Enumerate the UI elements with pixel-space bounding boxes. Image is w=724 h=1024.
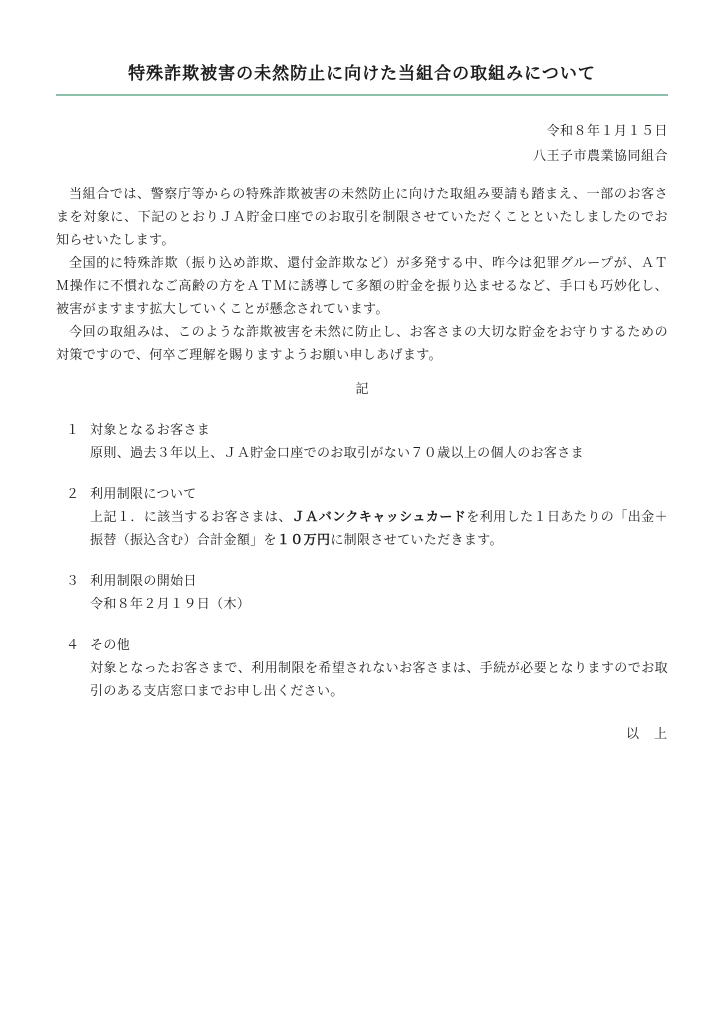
item-body-post: に制限させていただきます。: [330, 532, 503, 547]
intro-paragraph-1: 当組合では、警察庁等からの特殊詐欺被害の未然防止に向けた取組み要請も踏まえ、一部…: [56, 182, 668, 251]
item-heading: 利用制限の開始日: [90, 569, 668, 592]
date-block: 令和８年１月１５日 八王子市農業協同組合: [56, 118, 668, 168]
document-page: 特殊詐欺被害の未然防止に向けた当組合の取組みについて 令和８年１月１５日 八王子…: [0, 0, 724, 1024]
item-body-pre: 上記１．に該当するお客さまは、: [90, 509, 292, 524]
list-item-start-date: ３ 利用制限の開始日 令和８年２月１９日（木）: [56, 569, 668, 615]
intro-paragraph-3: 今回の取組みは、このような詐欺被害を未然に防止し、お客さまの大切な貯金をお守りす…: [56, 320, 668, 366]
record-marker: 記: [56, 377, 668, 400]
item-number: ３: [66, 569, 90, 615]
item-body-bold-amount: １０万円: [277, 532, 330, 547]
item-number: ４: [66, 633, 90, 702]
item-number: １: [66, 418, 90, 464]
item-number: ２: [66, 482, 90, 551]
issue-date: 令和８年１月１５日: [56, 118, 668, 143]
item-heading: その他: [90, 633, 668, 656]
item-body: 対象となったお客さまで、利用制限を希望されないお客さまは、手続が必要となりますの…: [90, 660, 668, 698]
item-content: 対象となるお客さま 原則、過去３年以上、ＪＡ貯金口座でのお取引がない７０歳以上の…: [90, 418, 668, 464]
intro-paragraph-2: 全国的に特殊詐欺（振り込め詐欺、還付金詐欺など）が多発する中、昨今は犯罪グループ…: [56, 251, 668, 320]
item-body: 令和８年２月１９日（木）: [90, 596, 250, 611]
item-content: 利用制限の開始日 令和８年２月１９日（木）: [90, 569, 668, 615]
list-item-target-customers: １ 対象となるお客さま 原則、過去３年以上、ＪＡ貯金口座でのお取引がない７０歳以…: [56, 418, 668, 464]
list-item-other: ４ その他 対象となったお客さまで、利用制限を希望されないお客さまは、手続が必要…: [56, 633, 668, 702]
item-body-bold-cashcard: ＪＡバンクキャッシュカード: [292, 509, 466, 524]
item-body: 上記１．に該当するお客さまは、ＪＡバンクキャッシュカードを利用した１日あたりの「…: [90, 509, 668, 547]
title-divider-rule: [56, 94, 668, 96]
numbered-list: １ 対象となるお客さま 原則、過去３年以上、ＪＡ貯金口座でのお取引がない７０歳以…: [56, 418, 668, 702]
document-content: 特殊詐欺被害の未然防止に向けた当組合の取組みについて 令和８年１月１５日 八王子…: [0, 0, 724, 745]
item-body: 原則、過去３年以上、ＪＡ貯金口座でのお取引がない７０歳以上の個人のお客さま: [90, 445, 584, 460]
intro-paragraphs: 当組合では、警察庁等からの特殊詐欺被害の未然防止に向けた取組み要請も踏まえ、一部…: [56, 182, 668, 366]
item-content: その他 対象となったお客さまで、利用制限を希望されないお客さまは、手続が必要とな…: [90, 633, 668, 702]
document-title: 特殊詐欺被害の未然防止に向けた当組合の取組みについて: [56, 62, 668, 86]
closing-marker: 以 上: [56, 722, 668, 745]
list-item-usage-restriction: ２ 利用制限について 上記１．に該当するお客さまは、ＪＡバンクキャッシュカードを…: [56, 482, 668, 551]
item-heading: 対象となるお客さま: [90, 418, 668, 441]
organization-name: 八王子市農業協同組合: [56, 143, 668, 168]
item-heading: 利用制限について: [90, 482, 668, 505]
item-content: 利用制限について 上記１．に該当するお客さまは、ＪＡバンクキャッシュカードを利用…: [90, 482, 668, 551]
